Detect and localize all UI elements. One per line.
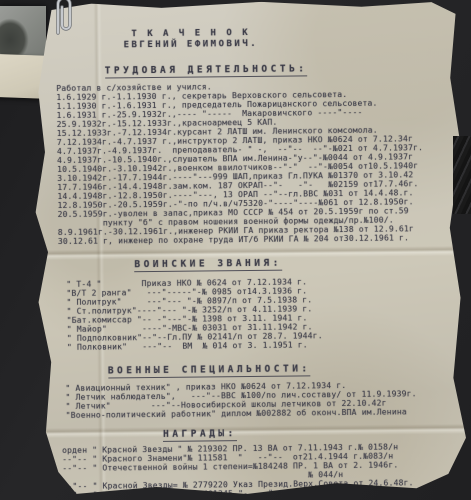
person-name: Т К А Ч Е Н О К ЕВГЕНИЙ ЕФИМОВИЧ. (56, 27, 326, 52)
section-labor-lines: Работал в с/хозяйстве и учился. 1.6.1929… (56, 80, 450, 246)
film-edge-artifact (453, 136, 471, 214)
section-title-ranks: ВОИНСКИЕ ЗВАНИЯ: (58, 257, 358, 272)
person-given-names: ЕВГЕНИЙ ЕФИМОВИЧ. (56, 38, 326, 52)
section-awards-lines: орден " Красной Звезды " № 219302 ПР. 13… (60, 442, 453, 500)
document-sheet: Т К А Ч Е Н О К ЕВГЕНИЙ ЕФИМОВИЧ. ТРУДОВ… (31, 0, 466, 500)
photographed-document: Т К А Ч Е Н О К ЕВГЕНИЙ ЕФИМОВИЧ. ТРУДОВ… (0, 0, 471, 500)
paperclip-icon (50, 0, 78, 35)
section-title-specialties: ВОЕННЫЕ СПЕЦИАЛЬНОСТИ: (59, 363, 359, 378)
section-title-awards: НАГРАДЫ: (60, 427, 340, 442)
section-specialties-lines: " Авиационный техник" , приказ НКО №0624… (59, 380, 451, 420)
section-title-labor: ТРУДОВАЯ ДЕЯТЕЛЬНОСТЬ: (56, 63, 356, 78)
section-ranks-lines: " Т-4 " Приказ НКО № 0624 от 7.12.1934 г… (58, 276, 451, 352)
document-content: Т К А Ч Е Н О К ЕВГЕНИЙ ЕФИМОВИЧ. ТРУДОВ… (31, 0, 466, 500)
